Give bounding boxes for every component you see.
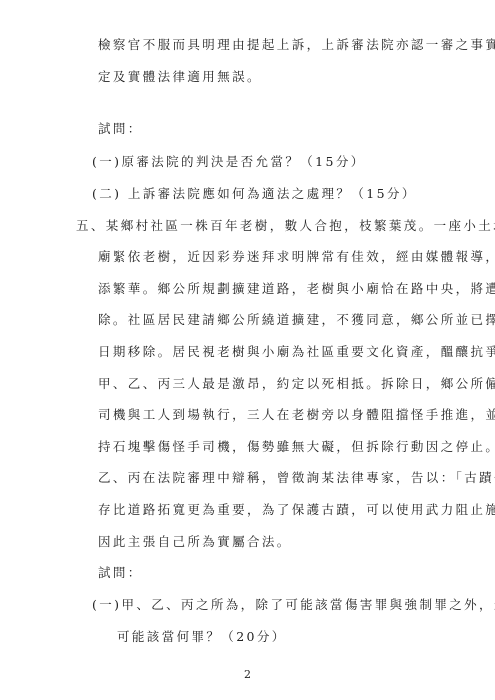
- text-line: 可能該當何罪？（20分）: [117, 629, 287, 645]
- text-line: 甲、乙、丙三人最是激昂，約定以死相抵。拆除日，鄉公所僱請: [98, 376, 495, 392]
- text-line: 定及實體法律適用無誤。: [98, 69, 262, 85]
- text-line: 持石塊擊傷怪手司機，傷勢雖無大礙，但拆除行動因之停止。甲、: [98, 439, 495, 455]
- page-number: 2: [0, 668, 495, 681]
- text-line: 試問：: [98, 121, 143, 137]
- text-line: (一)甲、乙、丙之所為，除了可能該當傷害罪與強制罪之外，還: [92, 597, 495, 613]
- text-line: 日期移除。居民視老樹與小廟為社區重要文化資產，醞釀抗爭。: [98, 344, 495, 360]
- text-line: 因此主張自己所為實屬合法。: [98, 534, 292, 550]
- text-line: 存比道路拓寬更為重要，為了保護古蹟，可以使用武力阻止施工。」: [98, 502, 495, 518]
- text-line: 除。社區居民建請鄉公所繞道擴建，不獲同意，鄉公所並已擇定: [98, 312, 495, 328]
- text-line: 添繁華。鄉公所規劃擴建道路，老樹與小廟恰在路中央，將遭移: [98, 281, 495, 297]
- text-line: 檢察官不服而具明理由提起上訴，上訴審法院亦認一審之事實認: [98, 37, 495, 53]
- text-line: 試問：: [98, 565, 143, 581]
- text-line: (一)原審法院的判決是否允當？（15分）: [92, 154, 366, 170]
- text-line: (二) 上訴審法院應如何為適法之處理？（15分）: [92, 186, 417, 202]
- text-line: 廟緊依老樹，近因彩券迷拜求明牌常有佳效，經由媒體報導，更: [98, 249, 495, 265]
- text-line: 乙、丙在法院審理中辯稱，曾徵詢某法律專家，告以：「古蹟保: [98, 470, 495, 486]
- text-line: 五、某鄉村社區一株百年老樹，數人合抱，枝繁葉茂。一座小土地公: [76, 218, 495, 234]
- text-line: 司機與工人到場執行，三人在老樹旁以身體阻擋怪手推進，並分: [98, 407, 495, 423]
